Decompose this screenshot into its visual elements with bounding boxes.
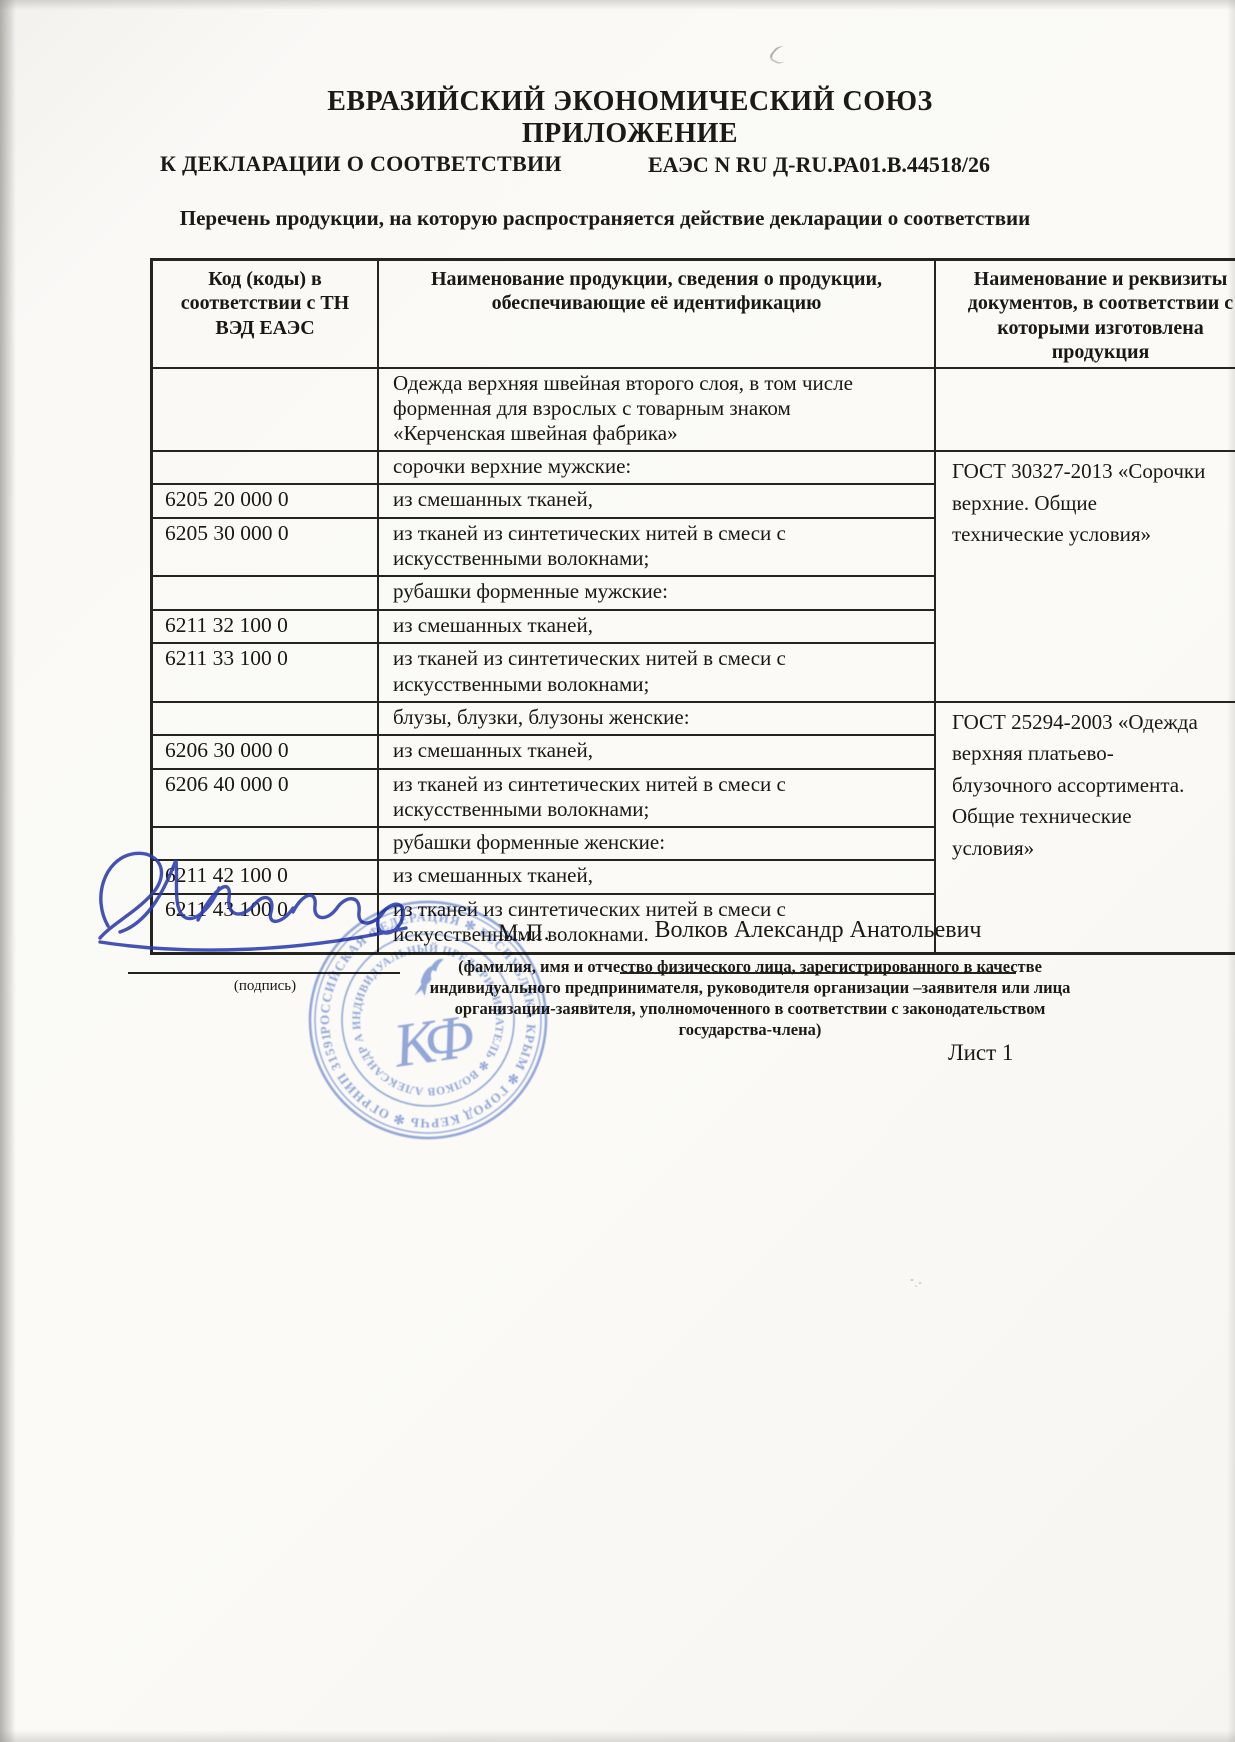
table-row: сорочки верхние мужские: ГОСТ 30327-2013… [152, 451, 1235, 484]
scan-edge-bottom [0, 1730, 1235, 1742]
scan-edge-top [0, 0, 1235, 10]
product-cell: Одежда верхняя швейная второго слоя, в т… [378, 368, 935, 452]
product-cell: сорочки верхние мужские: [378, 451, 935, 484]
product-cell: из смешанных тканей, [378, 735, 935, 769]
product-cell: из тканей из синтетических нитей в смеси… [378, 769, 935, 827]
code-cell [152, 368, 379, 452]
product-cell: рубашки форменные женские: [378, 827, 935, 860]
product-cell: рубашки форменные мужские: [378, 576, 935, 609]
signer-name: Волков Александр Анатольевич [620, 917, 1016, 944]
code-cell: 6211 32 100 0 [152, 610, 379, 644]
signature-caption: (подпись) [150, 978, 380, 995]
header-row: Код (коды) в соответствии с ТН ВЭД ЕАЭС … [152, 260, 1235, 368]
product-cell: из тканей из синтетических нитей в смеси… [378, 643, 935, 701]
signer-caption: (фамилия, имя и отчество физического лиц… [425, 956, 1075, 1040]
docs-cell-gost-30327: ГОСТ 30327-2013 «Сорочки верхние. Общие … [935, 451, 1235, 702]
product-cell: блузы, блузки, блузоны женские: [378, 702, 935, 735]
table-row: Одежда верхняя швейная второго слоя, в т… [152, 368, 1235, 452]
scan-artifact [767, 44, 793, 66]
union-title: ЕВРАЗИЙСКИЙ ЭКОНОМИЧЕСКИЙ СОЮЗ [150, 86, 1110, 118]
scan-edge-left [0, 0, 16, 1742]
code-cell: 6211 33 100 0 [152, 643, 379, 701]
header-code-column: Код (коды) в соответствии с ТН ВЭД ЕАЭС [152, 260, 379, 368]
stamp-place-label: М.П. [498, 920, 551, 946]
appendix-title: ПРИЛОЖЕНИЕ [150, 118, 1110, 150]
scan-artifact [908, 1276, 926, 1288]
handwritten-signature [78, 828, 418, 978]
code-cell: 6205 30 000 0 [152, 518, 379, 576]
declaration-label: К ДЕКЛАРАЦИИ О СООТВЕТСТВИИ [160, 151, 562, 177]
code-cell [152, 576, 379, 609]
product-cell: из смешанных тканей, [378, 860, 935, 894]
code-cell [152, 451, 379, 484]
header-docs-column: Наименование и реквизиты документов, в с… [935, 260, 1235, 368]
scanned-document-page: ЕВРАЗИЙСКИЙ ЭКОНОМИЧЕСКИЙ СОЮЗ ПРИЛОЖЕНИ… [0, 0, 1235, 1742]
table-row: блузы, блузки, блузоны женские: ГОСТ 252… [152, 702, 1235, 735]
declaration-number: ЕАЭС N RU Д-RU.РА01.В.44518/26 [648, 152, 990, 178]
product-table-header: Код (коды) в соответствии с ТН ВЭД ЕАЭС … [152, 260, 1235, 368]
code-cell: 6206 30 000 0 [152, 735, 379, 769]
code-cell [152, 702, 379, 735]
docs-cell-empty [935, 368, 1235, 452]
sheet-number-label: Лист 1 [948, 1040, 1013, 1066]
code-cell: 6205 20 000 0 [152, 484, 379, 518]
header-product-column: Наименование продукции, сведения о проду… [378, 260, 935, 368]
code-cell: 6206 40 000 0 [152, 769, 379, 827]
product-list-subtitle: Перечень продукции, на которую распростр… [155, 206, 1055, 231]
product-cell: из смешанных тканей, [378, 610, 935, 644]
product-cell: из тканей из синтетических нитей в смеси… [378, 518, 935, 576]
product-cell: из смешанных тканей, [378, 484, 935, 518]
docs-cell-gost-25294: ГОСТ 25294-2003 «Одежда верхняя платьево… [935, 702, 1235, 953]
